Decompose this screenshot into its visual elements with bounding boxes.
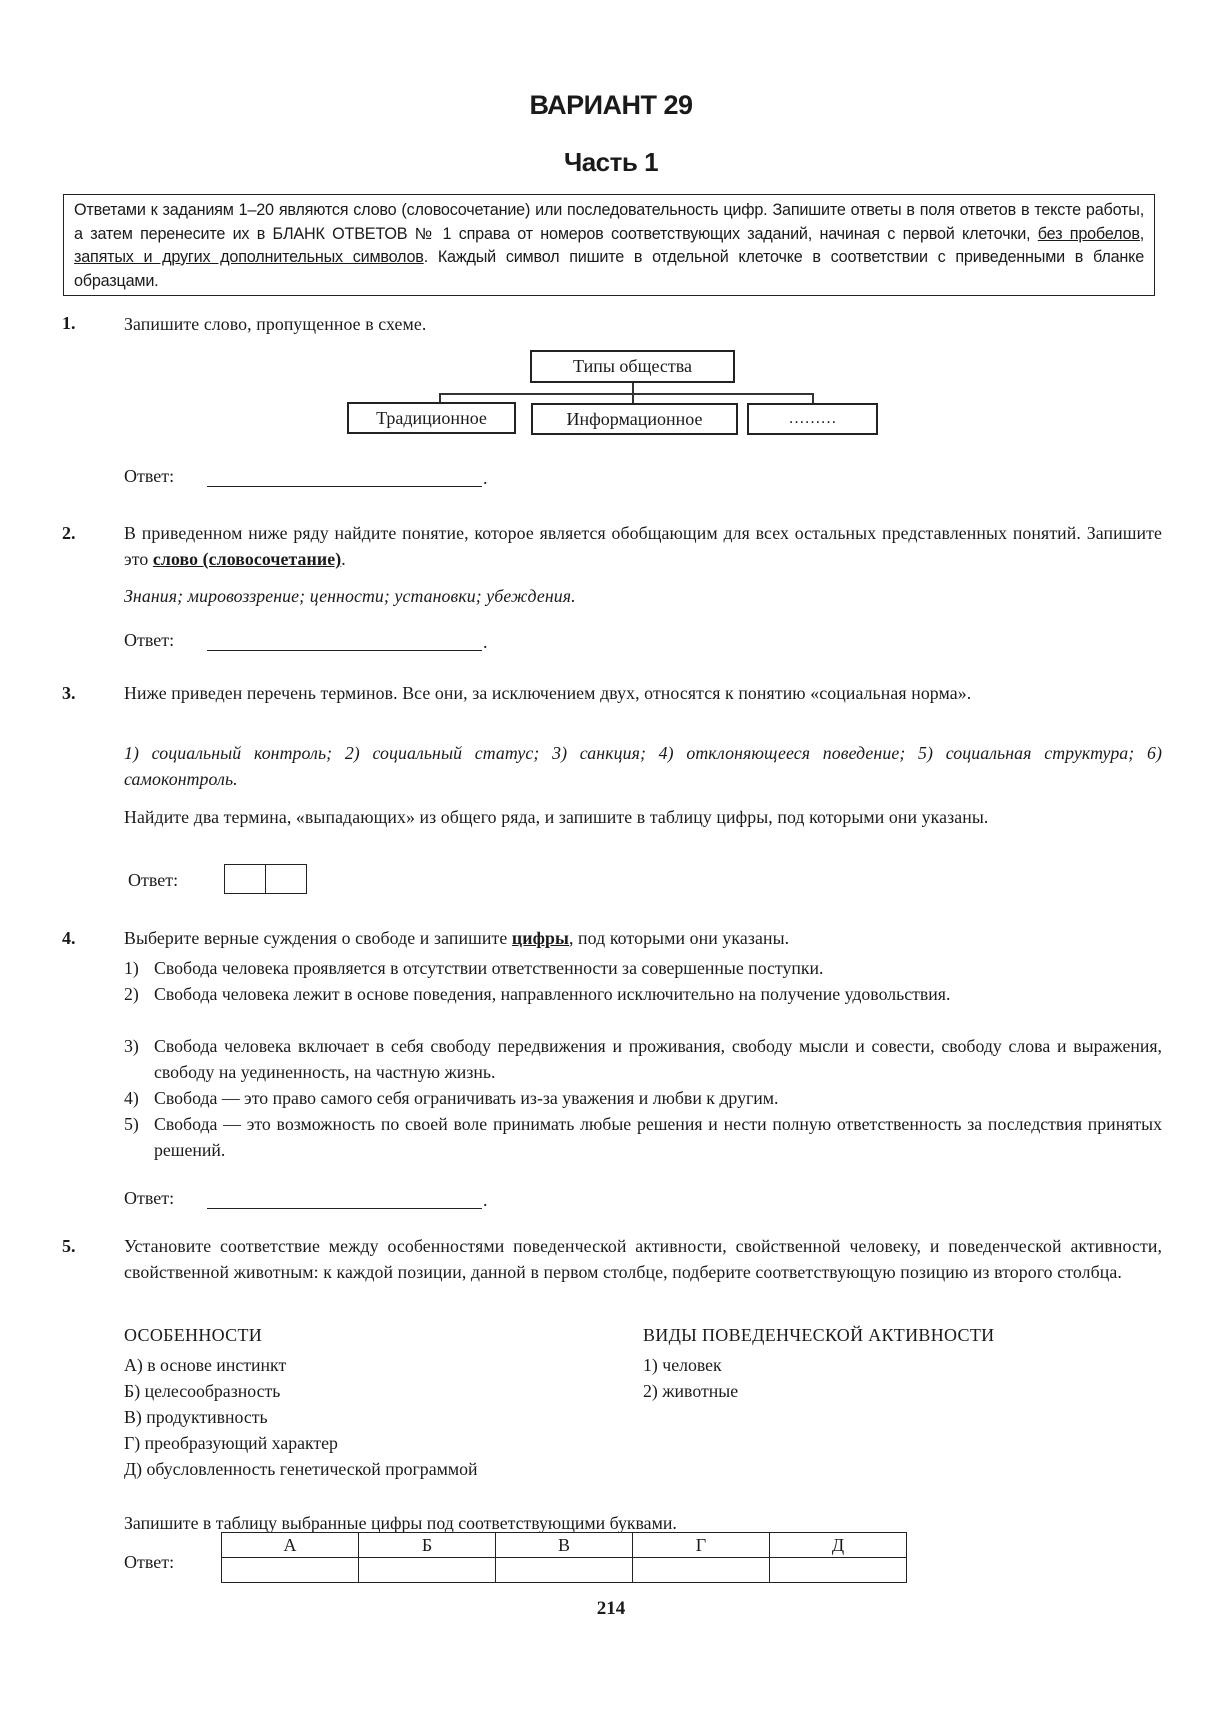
q4-text-end: , под которыми они указаны. (569, 928, 789, 948)
q4-option-number: 3) (124, 1033, 139, 1059)
q4-option-number: 4) (124, 1085, 139, 1111)
instructions-box: Ответами к заданиям 1–20 являются слово … (63, 194, 1155, 296)
q4-number: 4. (62, 928, 76, 949)
q2-text: В приведенном ниже ряду найдите понятие,… (124, 520, 1162, 572)
q5-left-item: В) продуктивность (124, 1404, 268, 1430)
q1-answer-field[interactable] (207, 466, 482, 487)
diagram-connector (812, 393, 814, 403)
q5-answer-table: А Б В Г Д (221, 1532, 907, 1583)
q4-text-start: Выберите верные суждения о свободе и зап… (124, 928, 512, 948)
q1-answer-dot: . (483, 468, 488, 489)
q5-answer-cell[interactable] (496, 1558, 633, 1583)
q3-answer-cell[interactable] (225, 865, 266, 894)
q5-left-item: А) в основе инстинкт (124, 1352, 286, 1378)
q4-option-text: Свобода человека проявляется в отсутстви… (124, 955, 1162, 981)
q1-text: Запишите слово, пропущенное в схеме. (124, 311, 1162, 337)
diagram-child-informational: Информационное (531, 403, 738, 435)
diagram-root: Типы общества (530, 350, 735, 383)
q5-table-header: А (222, 1533, 359, 1558)
q5-table-header: Г (633, 1533, 770, 1558)
diagram-child-traditional: Традиционное (347, 402, 516, 434)
q4-option-1: 1)Свобода человека проявляется в отсутст… (124, 955, 1162, 981)
q2-emphasis: слово (словосочетание) (153, 549, 341, 569)
q5-answer-cell[interactable] (222, 1558, 359, 1583)
q3-answer-label: Ответ: (128, 870, 178, 891)
q4-option-4: 4)Свобода — это право самого себя ограни… (124, 1085, 1162, 1111)
q1-number: 1. (62, 313, 76, 334)
q5-right-item: 1) человек (643, 1352, 722, 1378)
q5-right-header: ВИДЫ ПОВЕДЕНЧЕСКОЙ АКТИВНОСТИ (643, 1325, 994, 1346)
q4-emphasis: цифры (512, 928, 569, 948)
q3-task: Найдите два термина, «выпадающих» из общ… (124, 804, 1162, 830)
q5-left-item: Б) целесообразность (124, 1378, 280, 1404)
q3-answer-cells (224, 864, 307, 894)
q4-option-text: Свобода человека включает в себя свободу… (124, 1033, 1162, 1085)
q2-number: 2. (62, 523, 76, 544)
q5-table-header: В (496, 1533, 633, 1558)
q5-right-item: 2) животные (643, 1378, 738, 1404)
q1-answer-label: Ответ: (124, 466, 174, 487)
q5-table-header: Д (770, 1533, 907, 1558)
q4-option-text: Свобода человека лежит в основе поведени… (124, 981, 1162, 1007)
q5-left-item: Г) преобразующий характер (124, 1430, 338, 1456)
diagram-connector (439, 393, 813, 395)
diagram-child-missing: ……… (747, 403, 878, 435)
q3-text: Ниже приведен перечень терминов. Все они… (124, 680, 1162, 706)
q5-answer-cell[interactable] (633, 1558, 770, 1583)
q4-answer-dot: . (483, 1190, 488, 1211)
q4-option-2: 2)Свобода человека лежит в основе поведе… (124, 981, 1162, 1007)
q4-option-3: 3)Свобода человека включает в себя свобо… (124, 1033, 1162, 1085)
q5-answer-label: Ответ: (124, 1552, 174, 1573)
q2-answer-label: Ответ: (124, 630, 174, 651)
q2-terms: Знания; мировоззрение; ценности; установ… (124, 583, 1162, 609)
q2-answer-field[interactable] (207, 630, 482, 651)
q3-number: 3. (62, 683, 76, 704)
q4-answer-label: Ответ: (124, 1188, 174, 1209)
variant-title: ВАРИАНТ 29 (0, 90, 1222, 121)
q3-terms: 1) социальный контроль; 2) социальный ст… (124, 740, 1162, 792)
page-number: 214 (0, 1598, 1222, 1620)
q4-option-text: Свобода — это возможность по своей воле … (124, 1111, 1162, 1163)
q4-text: Выберите верные суждения о свободе и зап… (124, 925, 1162, 951)
q5-left-header: ОСОБЕННОСТИ (124, 1325, 262, 1346)
q2-answer-dot: . (483, 632, 488, 653)
q3-answer-cell[interactable] (266, 865, 307, 894)
diagram-connector (632, 393, 634, 403)
instructions-text: Ответами к заданиям 1–20 являются слово … (74, 201, 1144, 243)
q2-text-end: . (341, 549, 346, 569)
q5-left-item-text: Д) обусловленность генетической программ… (124, 1456, 484, 1482)
q4-option-number: 2) (124, 981, 139, 1007)
q4-answer-field[interactable] (207, 1188, 482, 1209)
part-title: Часть 1 (0, 147, 1222, 178)
q4-option-number: 5) (124, 1111, 139, 1137)
q5-table-header: Б (359, 1533, 496, 1558)
q4-option-text: Свобода — это право самого себя ограничи… (124, 1085, 1162, 1111)
q5-left-item: Д) обусловленность генетической программ… (124, 1456, 484, 1482)
q5-answer-cell[interactable] (359, 1558, 496, 1583)
q5-number: 5. (62, 1236, 76, 1257)
q4-option-5: 5)Свобода — это возможность по своей вол… (124, 1111, 1162, 1163)
q4-option-number: 1) (124, 955, 139, 981)
q5-text: Установите соответствие между особенност… (124, 1233, 1162, 1285)
q5-answer-cell[interactable] (770, 1558, 907, 1583)
